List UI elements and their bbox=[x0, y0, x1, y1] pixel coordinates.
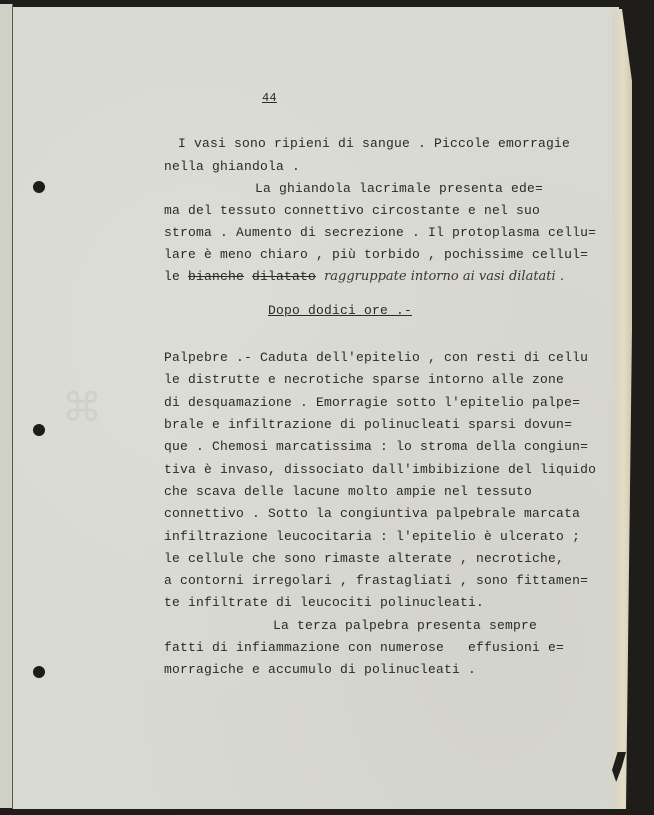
text-line: La terza palpebra presenta sempre bbox=[273, 619, 537, 632]
text-line: stroma . Aumento di secrezione . Il prot… bbox=[164, 226, 596, 239]
punch-hole-icon bbox=[33, 666, 45, 678]
text-line: La ghiandola lacrimale presenta ede= bbox=[255, 182, 543, 195]
text-line: di desquamazione . Emorragie sotto l'epi… bbox=[164, 396, 580, 409]
text-line: que . Chemosi marcatissima : lo stroma d… bbox=[164, 440, 588, 453]
text-line: le cellule che sono rimaste alterate , n… bbox=[164, 552, 564, 565]
text-line: morragiche e accumulo di polinucleati . bbox=[164, 663, 476, 676]
text-line: nella ghiandola . bbox=[164, 160, 300, 173]
text-line: lare è meno chiaro , più torbido , pochi… bbox=[164, 248, 588, 261]
handwritten-correction: raggruppate intorno ai vasi dilatati . bbox=[324, 269, 564, 284]
text-line: infiltrazione leucocitaria : l'epitelio … bbox=[164, 530, 580, 543]
text-line: brale e infiltrazione di polinucleati sp… bbox=[164, 418, 572, 431]
text-line: tiva è invaso, dissociato dall'imbibizio… bbox=[164, 463, 596, 476]
punch-hole-icon bbox=[33, 424, 45, 436]
struck-word: dilatato bbox=[252, 269, 316, 284]
page-number: 44 bbox=[262, 92, 277, 104]
page-edge bbox=[612, 9, 632, 809]
text-line: connettivo . Sotto la congiuntiva palpeb… bbox=[164, 507, 580, 520]
text-line-with-correction: le bianche dilatato raggruppate intorno … bbox=[164, 270, 564, 283]
text-line: fatti di infiammazione con numerose effu… bbox=[164, 641, 564, 654]
text-line: che scava delle lacune molto ampie nel t… bbox=[164, 485, 532, 498]
text-line: te infiltrate di leucociti polinucleati. bbox=[164, 596, 484, 609]
text-line: a contorni irregolari , frastagliati , s… bbox=[164, 574, 588, 587]
text-line: le distrutte e necrotiche sparse intorno… bbox=[164, 373, 564, 386]
text-fragment: le bbox=[164, 269, 188, 284]
text-line: ma del tessuto connettivo circostante e … bbox=[164, 204, 540, 217]
text-line: I vasi sono ripieni di sangue . Piccole … bbox=[178, 137, 570, 150]
punch-hole-icon bbox=[33, 181, 45, 193]
text-line: Palpebre .- Caduta dell'epitelio , con r… bbox=[164, 351, 588, 364]
struck-word: bianche bbox=[188, 269, 244, 284]
section-heading: Dopo dodici ore .- bbox=[268, 304, 412, 317]
bleed-through-watermark: ⌘ bbox=[62, 385, 152, 435]
